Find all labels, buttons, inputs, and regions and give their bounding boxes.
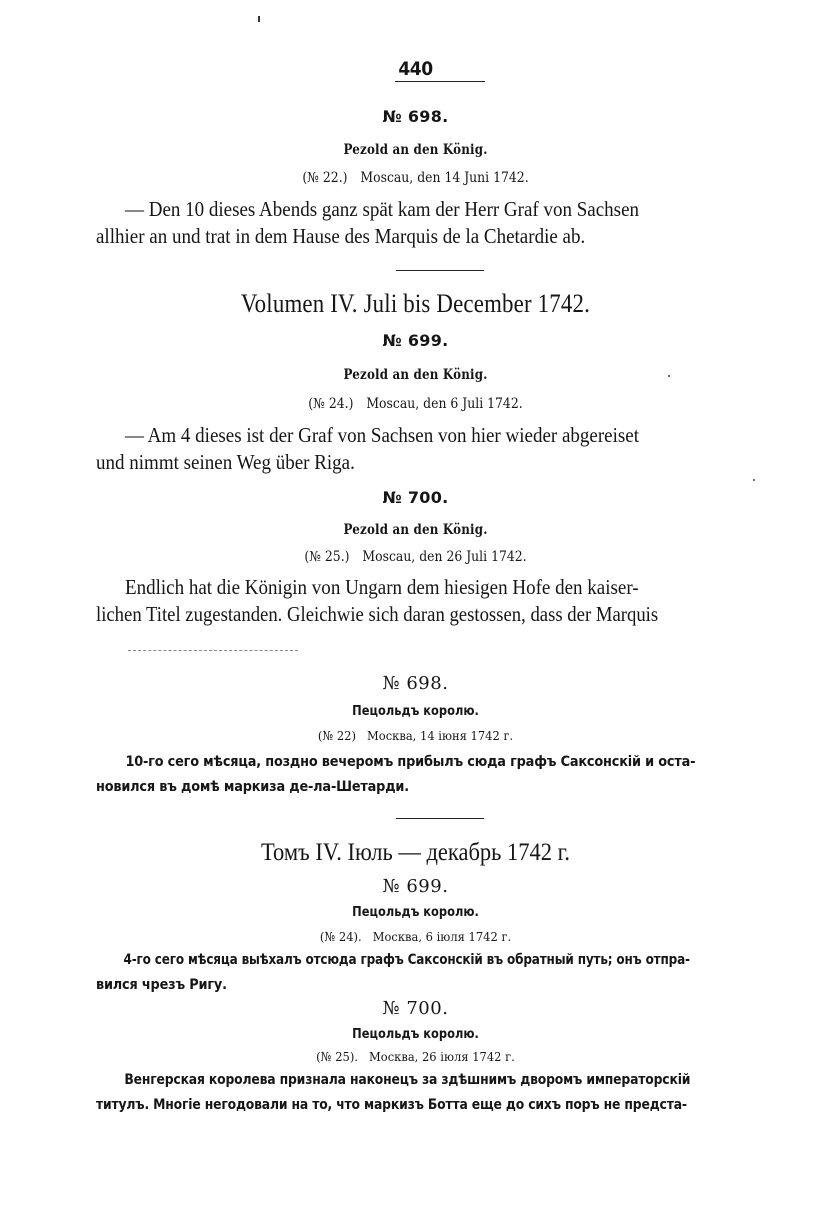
place-date: Moscau, den 26 Juli 1742. — [362, 549, 526, 565]
document-number: № 700. — [0, 998, 831, 1019]
scan-speck — [753, 479, 755, 481]
document-number: № 699. — [0, 331, 831, 350]
dateline: (№ 25.)Moscau, den 26 Juli 1742. — [33, 549, 798, 565]
document-heading: Пецольдъ королю. — [50, 905, 781, 920]
scanned-page: 440 № 698. Pezold an den König. (№ 22.)M… — [0, 0, 831, 1217]
place-date: Moscau, den 6 Juli 1742. — [366, 396, 522, 412]
paragraph-line: — Den 10 dieses Abends ganz spät kam der… — [96, 196, 679, 223]
paragraph-line: Endlich hat die Königin von Ungarn dem h… — [96, 574, 679, 601]
document-number: № 699. — [0, 876, 831, 897]
document-heading: Pezold an den König. — [50, 522, 781, 538]
paragraph-line: und nimmt seinen Weg über Riga. — [96, 449, 679, 476]
body-paragraph: Endlich hat die Königin von Ungarn dem h… — [96, 574, 740, 628]
dateline: (№ 22.)Moscau, den 14 Juni 1742. — [33, 170, 798, 186]
dispatch-reference: (№ 24.) — [308, 396, 353, 412]
body-paragraph: 4-го сего мѣсяца выѣхалъ отсюда графъ Са… — [96, 948, 742, 998]
dispatch-reference: (№ 25). — [316, 1049, 358, 1064]
page-number-rule — [395, 81, 485, 82]
paragraph-line: allhier an und trat in dem Hause des Mar… — [96, 223, 679, 250]
dateline: (№ 24).Москва, 6 іюля 1742 г. — [33, 929, 798, 944]
document-number: № 698. — [0, 673, 831, 694]
paragraph-line: титулъ. Многіе негодовали на то, что мар… — [96, 1093, 668, 1118]
volume-title: Volumen IV. Juli bis December 1742. — [50, 289, 781, 319]
page-number: 440 — [42, 58, 790, 80]
volume-title: Томъ IV. Іюль — декабрь 1742 г. — [42, 839, 790, 867]
paragraph-line: lichen Titel zugestanden. Gleichwie sich… — [96, 601, 669, 628]
dispatch-reference: (№ 22.) — [302, 170, 347, 186]
section-divider — [396, 270, 484, 271]
body-paragraph: 10-го сего мѣсяца, поздно вечеромъ прибы… — [96, 750, 742, 800]
paragraph-line: 4-го сего мѣсяца выѣхалъ отсюда графъ Са… — [96, 948, 652, 973]
document-number: № 700. — [0, 488, 831, 507]
dateline: (№ 25).Москва, 26 іюля 1742 г. — [33, 1049, 798, 1064]
dispatch-reference: (№ 22) — [318, 728, 356, 743]
paragraph-line: вился чрезъ Ригу. — [96, 973, 690, 998]
document-heading: Пецольдъ королю. — [50, 704, 781, 719]
place-date: Москва, 14 іюня 1742 г. — [367, 728, 513, 743]
place-date: Москва, 6 іюля 1742 г. — [373, 929, 511, 944]
place-date: Москва, 26 іюля 1742 г. — [369, 1049, 515, 1064]
place-date: Moscau, den 14 Juni 1742. — [360, 170, 528, 186]
document-heading: Пецольдъ королю. — [50, 1027, 781, 1042]
body-paragraph: — Den 10 dieses Abends ganz spät kam der… — [96, 196, 740, 250]
section-divider — [396, 818, 484, 819]
dateline: (№ 24.)Moscau, den 6 Juli 1742. — [33, 396, 798, 412]
document-number: № 698. — [0, 107, 831, 126]
dispatch-reference: (№ 24). — [320, 929, 362, 944]
paragraph-line: Венгерская королева признала наконецъ за… — [96, 1068, 668, 1093]
document-heading: Pezold an den König. — [50, 142, 781, 158]
dispatch-reference: (№ 25.) — [304, 549, 349, 565]
paragraph-line: — Am 4 dieses ist der Graf von Sachsen v… — [96, 422, 679, 449]
document-heading: Pezold an den König. — [50, 367, 781, 383]
language-divider — [128, 650, 298, 651]
dateline: (№ 22)Москва, 14 іюня 1742 г. — [33, 728, 798, 743]
body-paragraph: — Am 4 dieses ist der Graf von Sachsen v… — [96, 422, 740, 476]
paragraph-line: новился въ домѣ маркиза де-ла-Шетарди. — [96, 775, 690, 800]
body-paragraph: Венгерская королева признала наконецъ за… — [96, 1068, 742, 1118]
paragraph-line: 10-го сего мѣсяца, поздно вечеромъ прибы… — [96, 750, 690, 775]
scan-speck — [258, 16, 260, 22]
